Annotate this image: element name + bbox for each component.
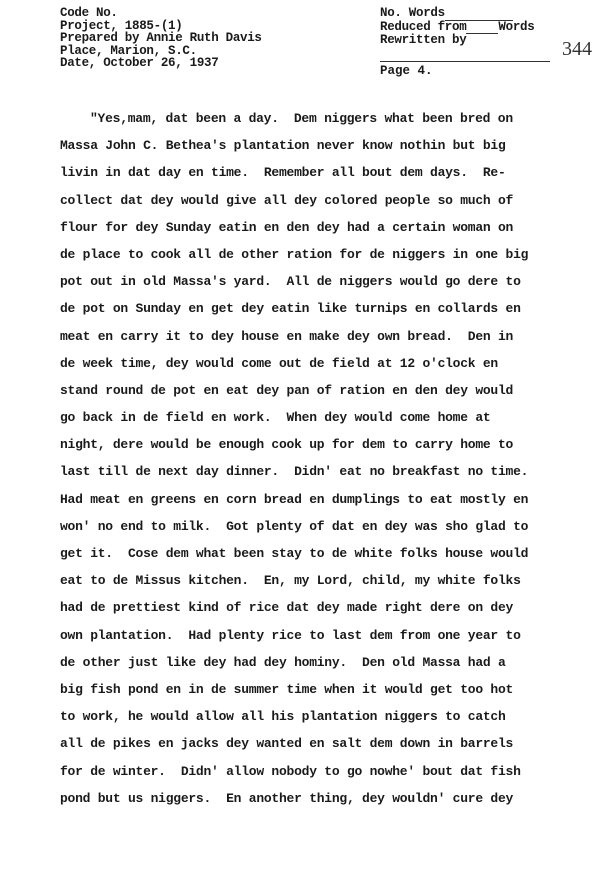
text-line: de other just like dey had dey hominy. D…: [60, 653, 580, 680]
text-line: livin in dat day en time. Remember all b…: [60, 163, 580, 190]
text-line: had de prettiest kind of rice dat dey ma…: [60, 598, 580, 625]
text-line: go back in de field en work. When dey wo…: [60, 408, 580, 435]
header-rule: [380, 61, 550, 62]
text-line: get it. Cose dem what been stay to de wh…: [60, 544, 580, 571]
text-line: all de pikes en jacks dey wanted en salt…: [60, 734, 580, 761]
code-no: Code No.: [60, 7, 262, 20]
text-line: de place to cook all de other ration for…: [60, 245, 580, 272]
header-metadata: Code No. Project, 1885-(1) Prepared by A…: [60, 7, 262, 70]
text-line: pot out in old Massa's yard. All de nigg…: [60, 272, 580, 299]
text-line: for de winter. Didn' allow nobody to go …: [60, 762, 580, 789]
text-line: won' no end to milk. Got plenty of dat e…: [60, 517, 580, 544]
page-number: Page 4.: [380, 64, 433, 78]
text-line: Had meat en greens en corn bread en dump…: [60, 490, 580, 517]
text-line: "Yes,mam, dat been a day. Dem niggers wh…: [60, 109, 580, 136]
no-words-field: No. Words: [380, 7, 534, 21]
text-line: own plantation. Had plenty rice to last …: [60, 626, 580, 653]
text-line: eat to de Missus kitchen. En, my Lord, c…: [60, 571, 580, 598]
header-word-count: No. Words Reduced from Words Rewritten b…: [380, 7, 534, 47]
text-line: stand round de pot en eat dey pan of rat…: [60, 381, 580, 408]
interview-text: "Yes,mam, dat been a day. Dem niggers wh…: [60, 109, 580, 816]
date: Date, October 26, 1937: [60, 57, 262, 70]
text-line: Massa John C. Bethea's plantation never …: [60, 136, 580, 163]
text-line: collect dat dey would give all dey color…: [60, 191, 580, 218]
text-line: meat en carry it to dey house en make de…: [60, 327, 580, 354]
text-line: de week time, dey would come out de fiel…: [60, 354, 580, 381]
rewritten-by-field: Rewritten by: [380, 34, 534, 47]
text-line: night, dere would be enough cook up for …: [60, 435, 580, 462]
text-line: big fish pond en in de summer time when …: [60, 680, 580, 707]
reduced-from-field: Reduced from Words: [380, 21, 534, 35]
text-line: to work, he would allow all his plantati…: [60, 707, 580, 734]
text-line: last till de next day dinner. Didn' eat …: [60, 462, 580, 489]
text-line: flour for dey Sunday eatin en den dey ha…: [60, 218, 580, 245]
stamp-number: 344: [562, 38, 592, 61]
prepared-by: Prepared by Annie Ruth Davis: [60, 32, 262, 45]
text-line: de pot on Sunday en get dey eatin like t…: [60, 299, 580, 326]
text-line: pond but us niggers. En another thing, d…: [60, 789, 580, 816]
